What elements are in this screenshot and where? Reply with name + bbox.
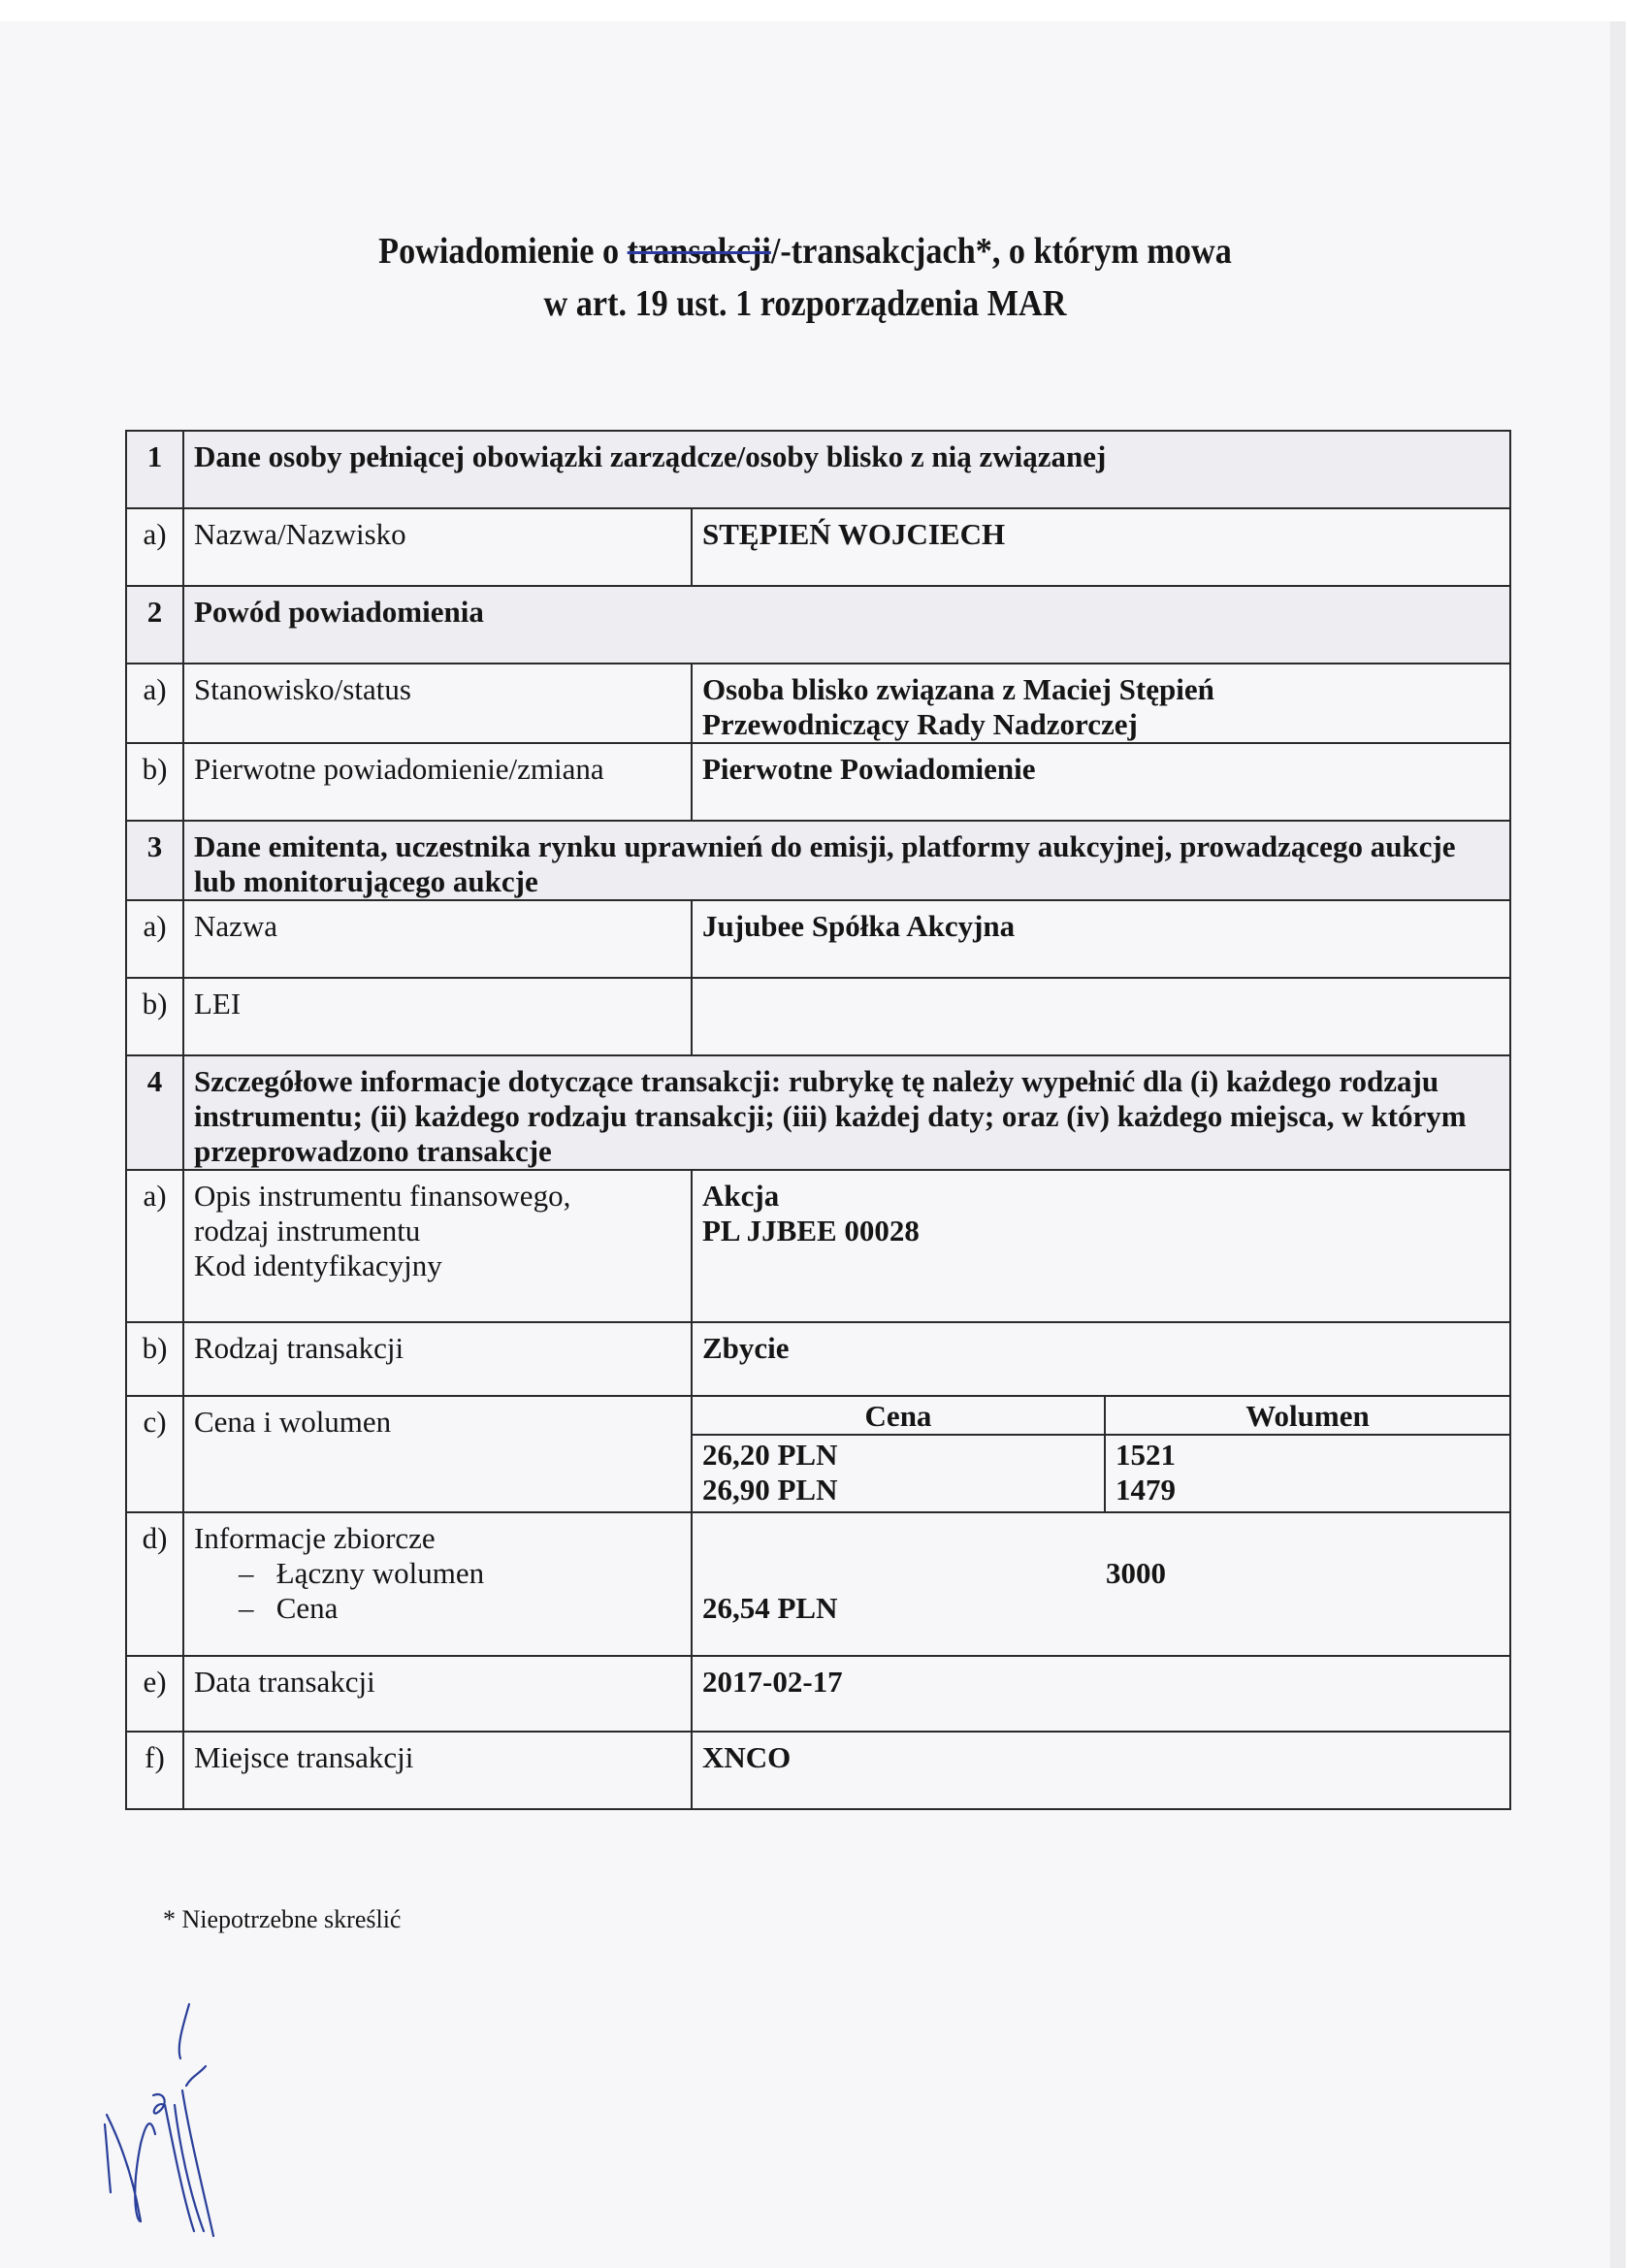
row-letter: b) [126, 978, 183, 1055]
field-label: LEI [183, 978, 692, 1055]
field-value-venue: XNCO [692, 1732, 1510, 1809]
column-header-price: Cena [692, 1396, 1105, 1435]
row-letter: b) [126, 1322, 183, 1396]
field-value-status: Osoba blisko związana z Maciej Stępień P… [692, 664, 1510, 743]
footnote: * Niepotrzebne skreślić [163, 1905, 401, 1934]
row-4a: a) Opis instrumentu finansowego, rodzaj … [126, 1170, 1510, 1322]
section-title: Szczegółowe informacje dotyczące transak… [183, 1055, 1510, 1170]
section-3-header: 3 Dane emitenta, uczestnika rynku uprawn… [126, 821, 1510, 900]
section-number: 1 [126, 431, 183, 508]
field-value-notification-type: Pierwotne Powiadomienie [692, 743, 1510, 821]
row-3b: b) LEI [126, 978, 1510, 1055]
row-2b: b) Pierwotne powiadomienie/zmiana Pierwo… [126, 743, 1510, 821]
row-letter: a) [126, 508, 183, 586]
handwritten-signature [97, 1998, 291, 2251]
row-letter: c) [126, 1396, 183, 1512]
row-4d: d) Informacje zbiorcze – Łączny wolumen … [126, 1512, 1510, 1656]
field-label: Nazwa [183, 900, 692, 978]
title-line-2: w art. 19 ust. 1 rozporządzenia MAR [81, 277, 1530, 330]
field-label: Cena i wolumen [183, 1396, 692, 1512]
field-label: Informacje zbiorcze – Łączny wolumen – C… [183, 1512, 692, 1656]
field-value-name: STĘPIEŃ WOJCIECH [692, 508, 1510, 586]
field-label: Rodzaj transakcji [183, 1322, 692, 1396]
price-cell: 26,20 PLN 26,90 PLN [692, 1435, 1105, 1512]
field-label: Nazwa/Nazwisko [183, 508, 692, 586]
row-3a: a) Nazwa Jujubee Spółka Akcyjna [126, 900, 1510, 978]
aggregate-values: 3000 26,54 PLN [692, 1512, 1510, 1656]
row-2a: a) Stanowisko/status Osoba blisko związa… [126, 664, 1510, 743]
row-4f: f) Miejsce transakcji XNCO [126, 1732, 1510, 1809]
field-value-instrument: Akcja PL JJBEE 00028 [692, 1170, 1510, 1322]
row-letter: a) [126, 664, 183, 743]
row-letter: e) [126, 1656, 183, 1732]
document-title: Powiadomienie o transakcji/-transakcjach… [81, 225, 1530, 330]
row-1a: a) Nazwa/Nazwisko STĘPIEŃ WOJCIECH [126, 508, 1510, 586]
total-volume: 3000 [702, 1556, 1500, 1591]
volume-cell: 1521 1479 [1105, 1435, 1510, 1512]
field-label: Miejsce transakcji [183, 1732, 692, 1809]
field-label: Pierwotne powiadomienie/zmiana [183, 743, 692, 821]
row-letter: a) [126, 900, 183, 978]
row-letter: d) [126, 1512, 183, 1656]
row-letter: f) [126, 1732, 183, 1809]
field-label: Stanowisko/status [183, 664, 692, 743]
section-title: Dane osoby pełniącej obowiązki zarządcze… [183, 431, 1510, 508]
notification-form-table: 1 Dane osoby pełniącej obowiązki zarządc… [125, 430, 1511, 1810]
field-value-date: 2017-02-17 [692, 1656, 1510, 1732]
scan-edge [1610, 21, 1626, 2268]
row-letter: b) [126, 743, 183, 821]
field-value-transaction-type: Zbycie [692, 1322, 1510, 1396]
row-4e: e) Data transakcji 2017-02-17 [126, 1656, 1510, 1732]
section-number: 2 [126, 586, 183, 664]
average-price: 26,54 PLN [702, 1591, 1500, 1626]
struck-word: transakcji [628, 231, 771, 272]
section-4-header: 4 Szczegółowe informacje dotyczące trans… [126, 1055, 1510, 1170]
row-letter: a) [126, 1170, 183, 1322]
section-2-header: 2 Powód powiadomienia [126, 586, 1510, 664]
title-line-1: Powiadomienie o transakcji/-transakcjach… [81, 225, 1530, 277]
field-label: Opis instrumentu finansowego, rodzaj ins… [183, 1170, 692, 1322]
row-4b: b) Rodzaj transakcji Zbycie [126, 1322, 1510, 1396]
section-number: 4 [126, 1055, 183, 1170]
field-value-lei [692, 978, 1510, 1055]
section-title: Powód powiadomienia [183, 586, 1510, 664]
section-title: Dane emitenta, uczestnika rynku uprawnie… [183, 821, 1510, 900]
section-1-header: 1 Dane osoby pełniącej obowiązki zarządc… [126, 431, 1510, 508]
row-4c-header: c) Cena i wolumen Cena Wolumen [126, 1396, 1510, 1435]
field-value-issuer: Jujubee Spółka Akcyjna [692, 900, 1510, 978]
column-header-volume: Wolumen [1105, 1396, 1510, 1435]
field-label: Data transakcji [183, 1656, 692, 1732]
section-number: 3 [126, 821, 183, 900]
